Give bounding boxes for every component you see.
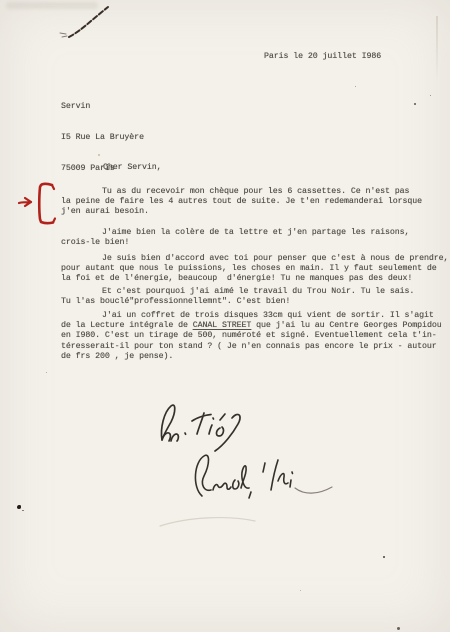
scan-speck [17, 505, 21, 509]
typed-line: pour autant que nous le puissions, les c… [61, 264, 448, 274]
recipient-street: I5 Rue La Bruyère [61, 133, 144, 143]
salutation: Cher Servin, [103, 163, 162, 173]
typed-line: téresserait-il pour ton stand ? ( Je n'e… [61, 342, 442, 352]
typed-line: de la Lecture intégrale de CANAL STREET … [61, 321, 442, 331]
letter-paragraph-3: Je suis bien d'accord avec toi pour pens… [61, 254, 448, 285]
scan-speck [22, 510, 24, 511]
letter-paragraph-1: Tu as du recevoir mon chèque pour les 6 … [61, 187, 422, 218]
recipient-name: Servin [61, 102, 144, 112]
scan-speck [46, 372, 47, 373]
margin-bracket-ticks [52, 185, 55, 223]
typed-line: Je suis bien d'accord avec toi pour pens… [61, 254, 448, 264]
margin-bracket [39, 184, 53, 223]
typed-line: Tu l'as bouclé"professionnellemnt". C'es… [61, 297, 414, 307]
scanned-letter-page: Paris le 20 juillet I986 Servin I5 Rue L… [0, 0, 450, 632]
typed-line: j'en aurai besoin. [61, 207, 422, 217]
typed-line: la foi et de l'énergie, beaucoup d'énerg… [61, 274, 448, 284]
typed-line: crois-le bien! [61, 238, 409, 248]
typed-line: en I980. C'est un tirage de 500, numérot… [61, 331, 442, 341]
signature-scrawl [180, 450, 338, 506]
letter-paragraph-5: J'ai un coffret de trois disques 33cm qu… [61, 311, 442, 362]
scan-speck [383, 556, 385, 558]
scan-speck [397, 627, 400, 630]
scan-speck [355, 86, 356, 87]
typed-line: Tu as du recevoir mon chèque pour les 6 … [61, 187, 422, 197]
faint-pencil-arc [158, 514, 258, 530]
typed-line: J'ai un coffret de trois disques 33cm qu… [61, 311, 442, 321]
scan-speck [414, 103, 416, 105]
scan-speck [98, 154, 100, 156]
letter-paragraph-2: J'aime bien la colère de ta lettre et j'… [61, 228, 409, 248]
typed-line: J'aime bien la colère de ta lettre et j'… [61, 228, 409, 238]
scan-crease [436, 16, 438, 82]
scan-speck [430, 95, 431, 96]
margin-bracket-annotation [17, 179, 61, 229]
letter-paragraph-4: Et c'est pourquoi j'ai aimé le travail d… [61, 287, 414, 307]
scan-speck [300, 590, 301, 591]
recipient-address: Servin I5 Rue La Bruyère 75009 Paris [61, 82, 144, 194]
typed-line: Et c'est pourquoi j'ai aimé le travail d… [61, 287, 414, 297]
typed-line: de frs 200 , je pense). [61, 352, 442, 362]
pen-flourish-mark [56, 3, 118, 47]
date-line: Paris le 20 juillet I986 [264, 52, 381, 62]
closing-amities-handwriting [150, 400, 268, 454]
typed-line: la peine de faire les 4 autres tout de s… [61, 197, 422, 207]
